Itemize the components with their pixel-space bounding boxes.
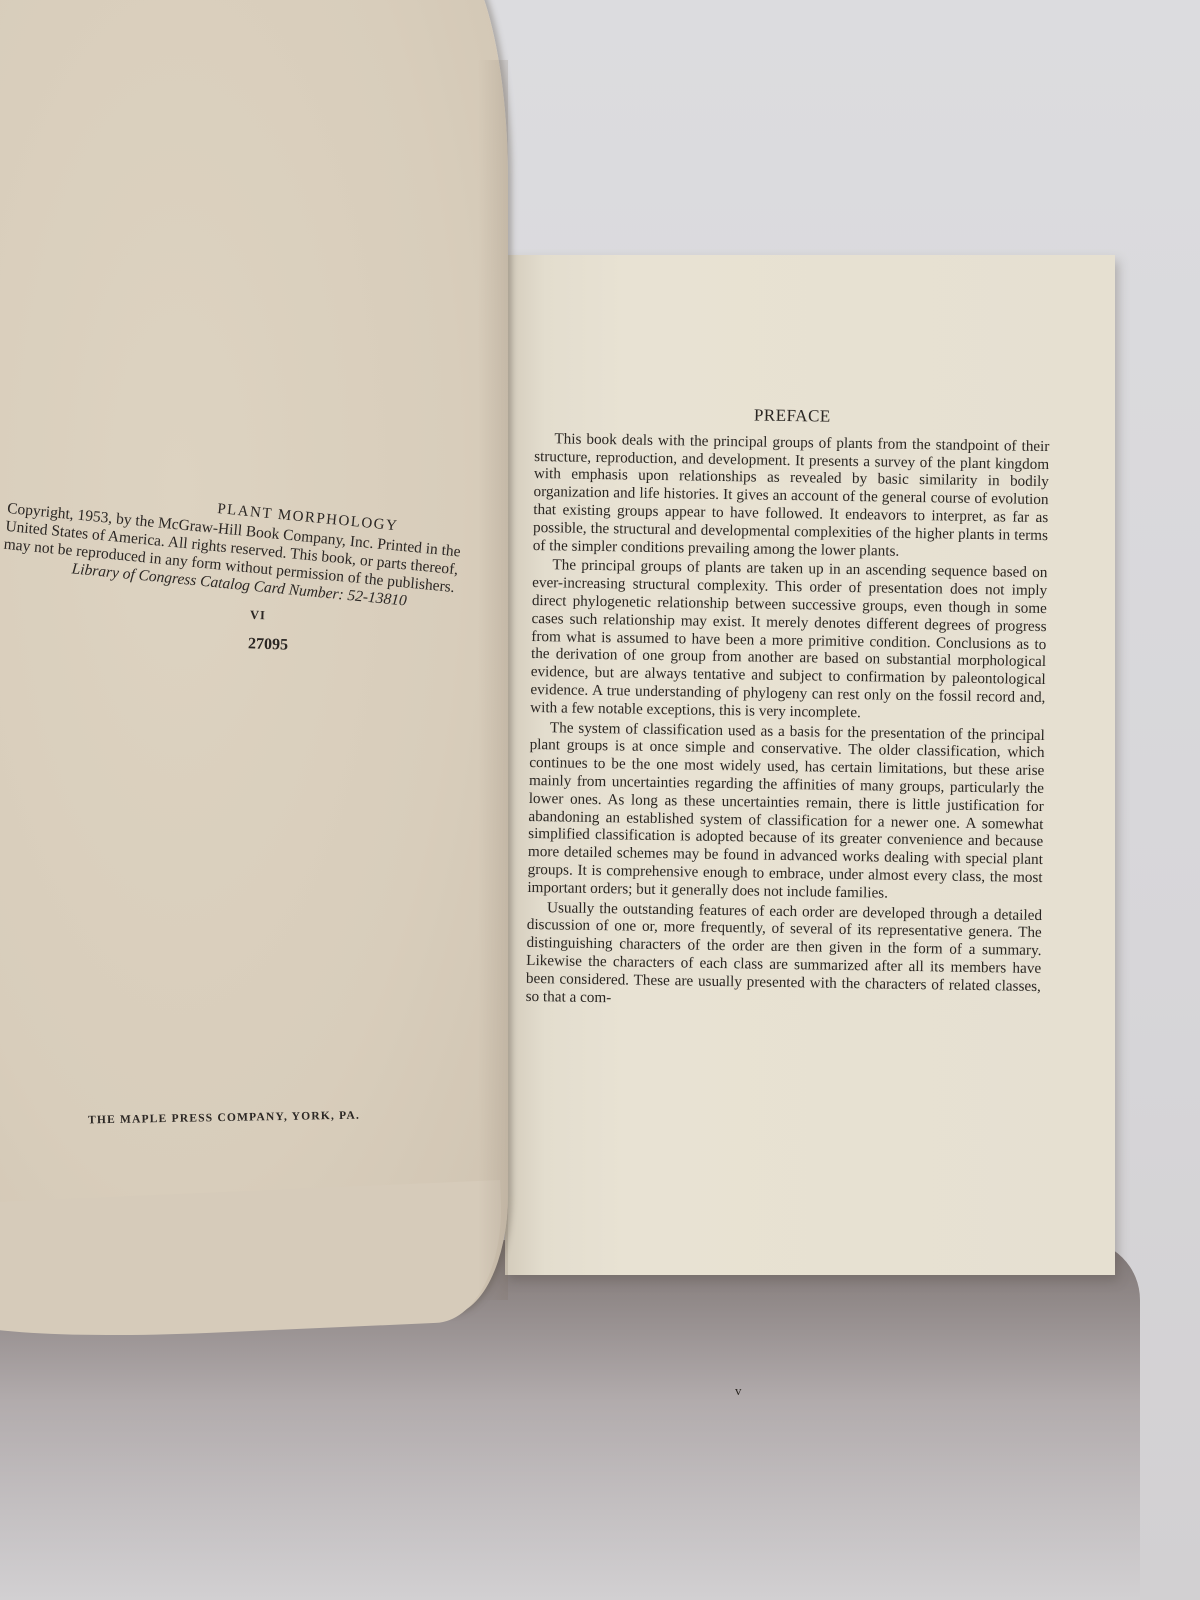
- right-page-preface: PREFACE This book deals with the princip…: [505, 255, 1115, 1275]
- preface-paragraph-2: The principal groups of plants are taken…: [530, 556, 1047, 724]
- page-number-folio: v: [735, 1383, 742, 1399]
- print-number: 27095: [248, 635, 289, 654]
- photo-scene: PREFACE This book deals with the princip…: [0, 0, 1200, 1600]
- left-page-bottom-curl: [0, 1180, 506, 1344]
- preface-heading: PREFACE: [535, 403, 1050, 429]
- preface-paragraph-3: The system of classification used as a b…: [527, 719, 1045, 905]
- preface-text-block: PREFACE This book deals with the princip…: [526, 403, 1050, 1015]
- book-gutter: [478, 60, 508, 1300]
- edition-mark: VI: [250, 608, 266, 624]
- preface-paragraph-4: Usually the outstanding features of each…: [526, 898, 1043, 1013]
- preface-paragraph-1: This book deals with the principal group…: [533, 430, 1050, 563]
